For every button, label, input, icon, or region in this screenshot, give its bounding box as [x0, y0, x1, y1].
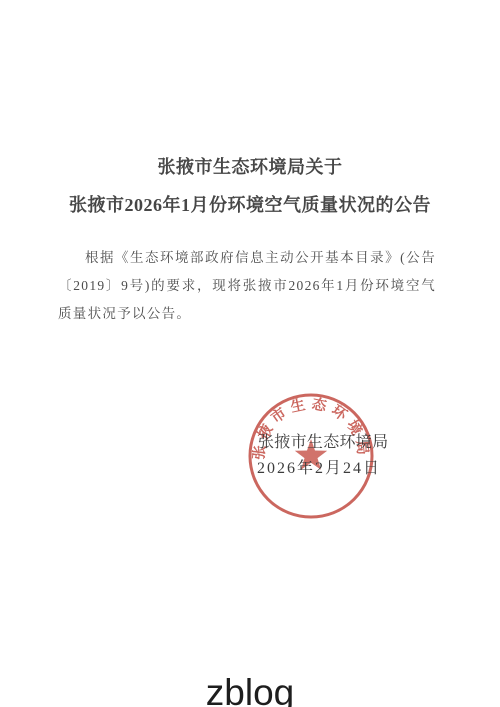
document-title-line1: 张掖市生态环境局关于 — [0, 148, 500, 186]
signature-date: 2026年2月24日 — [257, 455, 381, 478]
document-title-line2: 张掖市2026年1月份环境空气质量状况的公告 — [0, 186, 500, 224]
zblog-watermark: zblog — [0, 674, 500, 707]
document-body-paragraph: 根据《生态环境部政府信息主动公开基本目录》(公告〔2019〕9号)的要求，现将张… — [58, 244, 436, 328]
signature-agency: 张掖市生态环境局 — [258, 429, 388, 452]
document-page: 张掖市生态环境局关于 张掖市2026年1月份环境空气质量状况的公告 根据《生态环… — [0, 0, 500, 707]
document-title: 张掖市生态环境局关于 张掖市2026年1月份环境空气质量状况的公告 — [0, 148, 500, 224]
